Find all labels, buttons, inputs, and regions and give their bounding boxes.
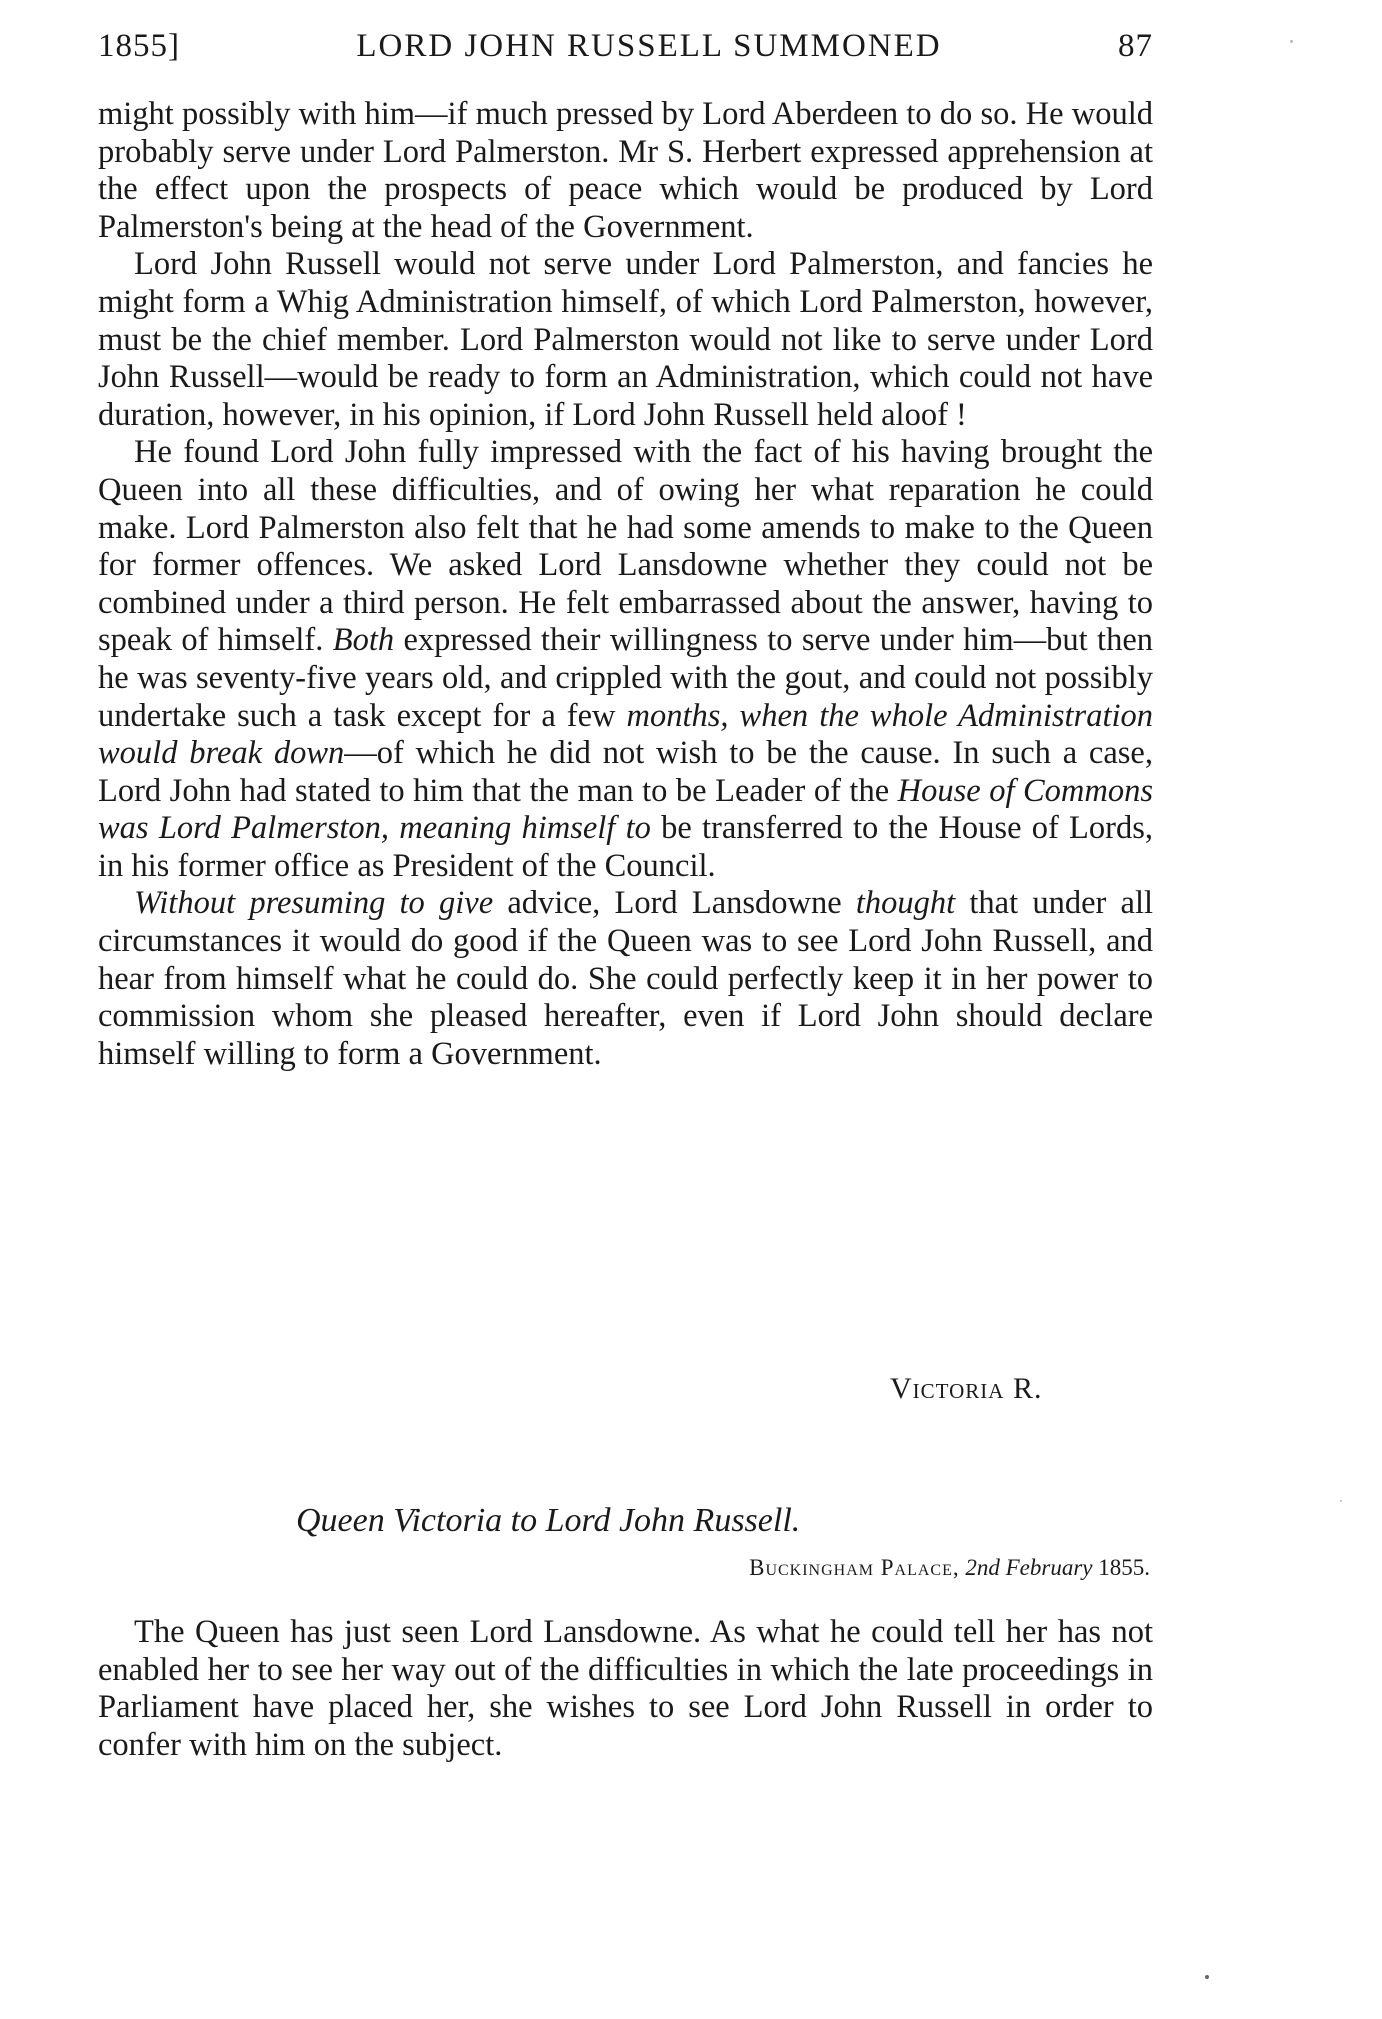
paragraph-1: might possibly with him—if much pressed … — [98, 96, 1153, 246]
scan-speck — [1205, 1975, 1209, 1979]
paragraph-4-part: advice, Lord Lansdowne — [493, 885, 856, 921]
paragraph-3: He found Lord John fully impressed with … — [98, 434, 1153, 885]
running-title: LORD JOHN RUSSELL SUMMONED — [356, 28, 941, 65]
dateline-day: 2nd February — [965, 1555, 1092, 1580]
dateline-year: 1855. — [1098, 1555, 1150, 1580]
paragraph-4: Without presuming to give advice, Lord L… — [98, 885, 1153, 1073]
dateline-place: Buckingham Palace, — [749, 1555, 960, 1580]
paragraph-2: Lord John Russell would not serve under … — [98, 246, 1153, 434]
letter-paragraph: The Queen has just seen Lord Lansdowne. … — [98, 1614, 1153, 1764]
scan-speck — [1340, 1500, 1342, 1502]
page-number: 87 — [1118, 28, 1153, 65]
paragraph-3-italic: Both — [333, 622, 394, 658]
letter-dateline: Buckingham Palace, 2nd February 1855. — [749, 1555, 1150, 1581]
header-year: 1855] — [98, 28, 180, 65]
running-header: 1855] LORD JOHN RUSSELL SUMMONED 87 — [98, 28, 1153, 78]
letter-body: The Queen has just seen Lord Lansdowne. … — [98, 1614, 1153, 1764]
main-text: might possibly with him—if much pressed … — [98, 96, 1153, 1073]
paragraph-4-italic: thought — [856, 885, 955, 921]
letter-heading: Queen Victoria to Lord John Russell. — [296, 1502, 800, 1540]
signature: Victoria R. — [890, 1372, 1042, 1406]
scan-speck — [1290, 40, 1293, 43]
paragraph-4-italic: Without presuming to give — [134, 885, 493, 921]
